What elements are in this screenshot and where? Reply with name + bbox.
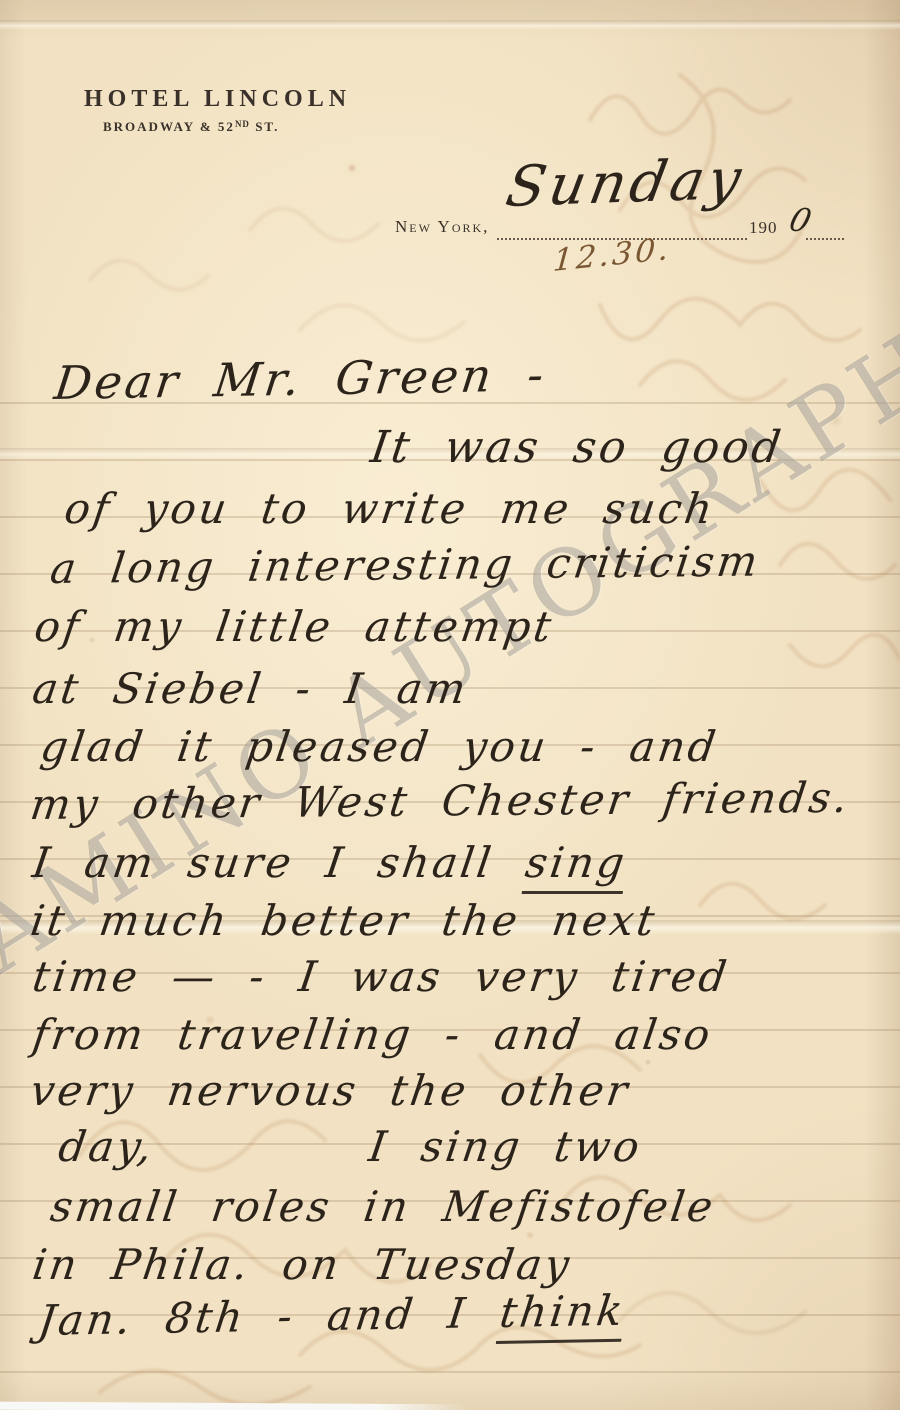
letter-line-08-text: I am sure I shall	[30, 838, 530, 887]
letterhead-place-label: New York,	[395, 217, 489, 237]
letter-line-07: my other West Chester friends.	[28, 777, 853, 826]
fold-crease-top	[0, 20, 900, 30]
letter-line-13-text-right: I sing two	[366, 1122, 645, 1171]
letter-line-11: from travelling - and also	[30, 1014, 715, 1056]
letterhead-address-post: ST.	[250, 119, 279, 134]
top-edge-shading	[0, 0, 900, 20]
handwritten-day: Sunday	[502, 152, 749, 216]
letter-line-06: glad it pleased you - and	[38, 726, 721, 768]
letter-line-12: very nervous the other	[28, 1070, 633, 1112]
letter-line-08: I am sure I shall sing	[30, 842, 630, 884]
letter-line-16-underlined-word: think	[496, 1286, 628, 1344]
letter-line-04: of my little attempt	[32, 606, 556, 648]
letter-line-10: time — - I was very tired	[30, 956, 732, 998]
printed-year-prefix: 190	[749, 218, 778, 238]
letter-line-14: small roles in Mefistofele	[48, 1186, 718, 1228]
letterhead-address-pre: BROADWAY & 52	[103, 119, 235, 134]
letterhead-address: BROADWAY & 52ND ST.	[103, 119, 279, 135]
letterhead-address-ordinal: ND	[235, 119, 250, 129]
letter-line-03: a long interesting criticism	[48, 541, 763, 590]
scanned-letter-page: TAMINO AUTOGRAPHS HOTEL LINCOLN BROADWAY…	[0, 0, 900, 1410]
letter-line-16: Jan. 8th - and I think	[36, 1290, 628, 1342]
letter-line-01: It was so good	[368, 426, 786, 470]
letter-line-05: at Siebel - I am	[30, 668, 471, 710]
letterhead-hotel-name: HOTEL LINCOLN	[84, 86, 351, 113]
letter-line-16-text: Jan. 8th - and I	[36, 1288, 504, 1345]
letter-line-13: day,I sing two	[56, 1126, 645, 1168]
salutation: Dear Mr. Green -	[52, 351, 549, 406]
letter-line-02: of you to write me such	[62, 488, 718, 530]
letter-line-13-text-left: day,	[56, 1122, 158, 1171]
letter-line-15: in Phila. on Tuesday	[30, 1244, 574, 1286]
letter-line-08-underlined-word: sing	[521, 838, 630, 894]
letter-line-09: it much better the next	[28, 900, 660, 942]
